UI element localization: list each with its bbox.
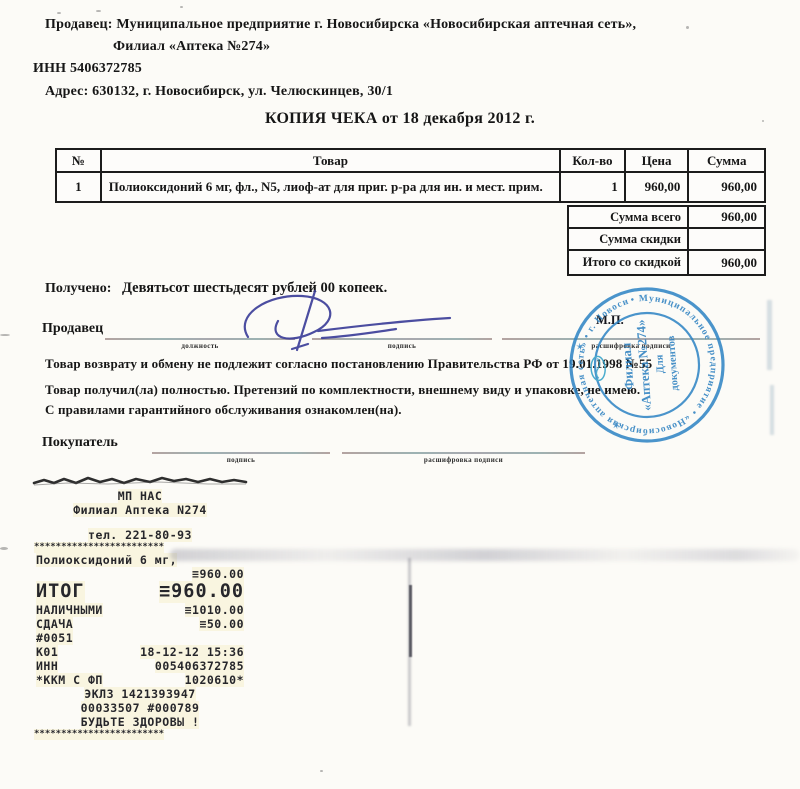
inn-line: ИНН 5406372785 bbox=[33, 61, 142, 77]
receipt-line: СДАЧА≡50.00 bbox=[28, 617, 258, 631]
col-header-num: № bbox=[57, 150, 102, 171]
receipt-line: тел. 221-80-93 bbox=[28, 528, 258, 542]
items-table: № Товар Кол-во Цена Сумма 1 Полиоксидони… bbox=[55, 148, 766, 203]
receipt-separator: ************************ bbox=[28, 729, 258, 740]
receipt-line: БУДЬТЕ ЗДОРОВЫ ! bbox=[28, 715, 258, 729]
table-row: 1 Полиоксидоний 6 мг, фл., N5, лиоф-ат д… bbox=[57, 173, 764, 201]
total-value: 960,00 bbox=[689, 207, 764, 227]
round-stamp: • Муниципальное предприятие • «Новосибир… bbox=[549, 283, 745, 449]
item-name: Полиоксидоний 6 мг, фл., N5, лиоф-ат для… bbox=[102, 173, 561, 201]
seller-branch: Филиал «Аптека №274» bbox=[113, 39, 270, 55]
scan-streak-vertical-dark bbox=[409, 585, 412, 657]
receipt-line: К0118-12-12 15:36 bbox=[28, 645, 258, 659]
item-qty: 1 bbox=[561, 173, 626, 201]
scan-speck bbox=[762, 120, 764, 122]
stamp-center-line2: «Аптека №274» bbox=[633, 319, 654, 411]
total-label: Сумма всего bbox=[569, 207, 689, 227]
seller-name: Муниципальное предприятие г. Новосибирск… bbox=[116, 17, 636, 32]
col-header-price: Цена bbox=[626, 150, 690, 171]
col-header-qty: Кол-во bbox=[561, 150, 626, 171]
grand-total-label: Итого со скидкой bbox=[569, 251, 689, 274]
discount-label: Сумма скидки bbox=[569, 229, 689, 249]
scanned-receipt-copy-page: Продавец: Муниципальное предприятие г. Н… bbox=[0, 0, 800, 789]
receipt-line: МП НАС bbox=[28, 489, 258, 503]
receipt-total-line: ИТОГ≡960.00 bbox=[28, 581, 258, 603]
caption-buyer-signature: подпись bbox=[152, 456, 330, 464]
scan-speck bbox=[180, 6, 183, 8]
scan-edge-mark bbox=[770, 385, 774, 435]
receipt-line: НАЛИЧНЫМИ≡1010.00 bbox=[28, 603, 258, 617]
seller-line: Продавец: Муниципальное предприятие г. Н… bbox=[45, 17, 636, 33]
totals-box: Сумма всего 960,00 Сумма скидки Итого со… bbox=[567, 205, 766, 276]
item-price: 960,00 bbox=[626, 173, 690, 201]
seller-label: Продавец: bbox=[45, 17, 113, 32]
receipt-line: 00033507 #000789 bbox=[28, 701, 258, 715]
item-sum: 960,00 bbox=[689, 173, 764, 201]
discount-row: Сумма скидки bbox=[569, 229, 764, 251]
cash-register-receipt: МП НАС Филиал Аптека N274 тел. 221-80-93… bbox=[28, 474, 258, 740]
scan-speck bbox=[96, 10, 101, 12]
scan-speck bbox=[57, 12, 61, 14]
seller-sign-label: Продавец bbox=[42, 321, 103, 337]
handwritten-signature bbox=[218, 287, 458, 355]
scan-speck bbox=[0, 334, 10, 336]
col-header-sum: Сумма bbox=[689, 150, 764, 171]
receipt-line: #0051 bbox=[28, 631, 258, 645]
grand-total-row: Итого со скидкой 960,00 bbox=[569, 251, 764, 274]
buyer-sign-label: Покупатель bbox=[42, 435, 118, 451]
col-header-item: Товар bbox=[102, 150, 561, 171]
scan-speck bbox=[0, 547, 8, 550]
receipt-line: ≡960.00 bbox=[28, 567, 258, 581]
receipt-line: Филиал Аптека N274 bbox=[28, 503, 258, 517]
page-title: КОПИЯ ЧЕКА от 18 декабря 2012 г. bbox=[0, 110, 800, 128]
scan-edge-mark bbox=[767, 300, 772, 370]
receipt-line: ИНН005406372785 bbox=[28, 659, 258, 673]
grand-total-value: 960,00 bbox=[689, 251, 764, 274]
note-warranty: С правилами гарантийного обслуживания оз… bbox=[45, 402, 402, 418]
buyer-name-line bbox=[342, 452, 585, 454]
buyer-signature-line bbox=[152, 452, 330, 454]
receipt-line: ЭКЛЗ 1421393947 bbox=[28, 687, 258, 701]
caption-buyer-decoded: расшифровка подписи bbox=[342, 456, 585, 464]
stamp-center-line3: Для bbox=[654, 354, 666, 374]
received-label: Получено: bbox=[45, 281, 111, 297]
table-header-row: № Товар Кол-во Цена Сумма bbox=[57, 150, 764, 173]
discount-value bbox=[689, 229, 764, 249]
address-line: Адрес: 630132, г. Новосибирск, ул. Челюс… bbox=[45, 84, 393, 100]
receipt-torn-edge bbox=[28, 474, 253, 487]
receipt-line: *ККМ С ФП1020610* bbox=[28, 673, 258, 687]
item-num: 1 bbox=[57, 173, 102, 201]
total-row: Сумма всего 960,00 bbox=[569, 207, 764, 229]
scan-speck bbox=[686, 26, 689, 29]
scan-streak-horizontal bbox=[170, 549, 800, 561]
scan-speck bbox=[320, 770, 323, 772]
stamp-center-line4: документов bbox=[666, 335, 681, 391]
